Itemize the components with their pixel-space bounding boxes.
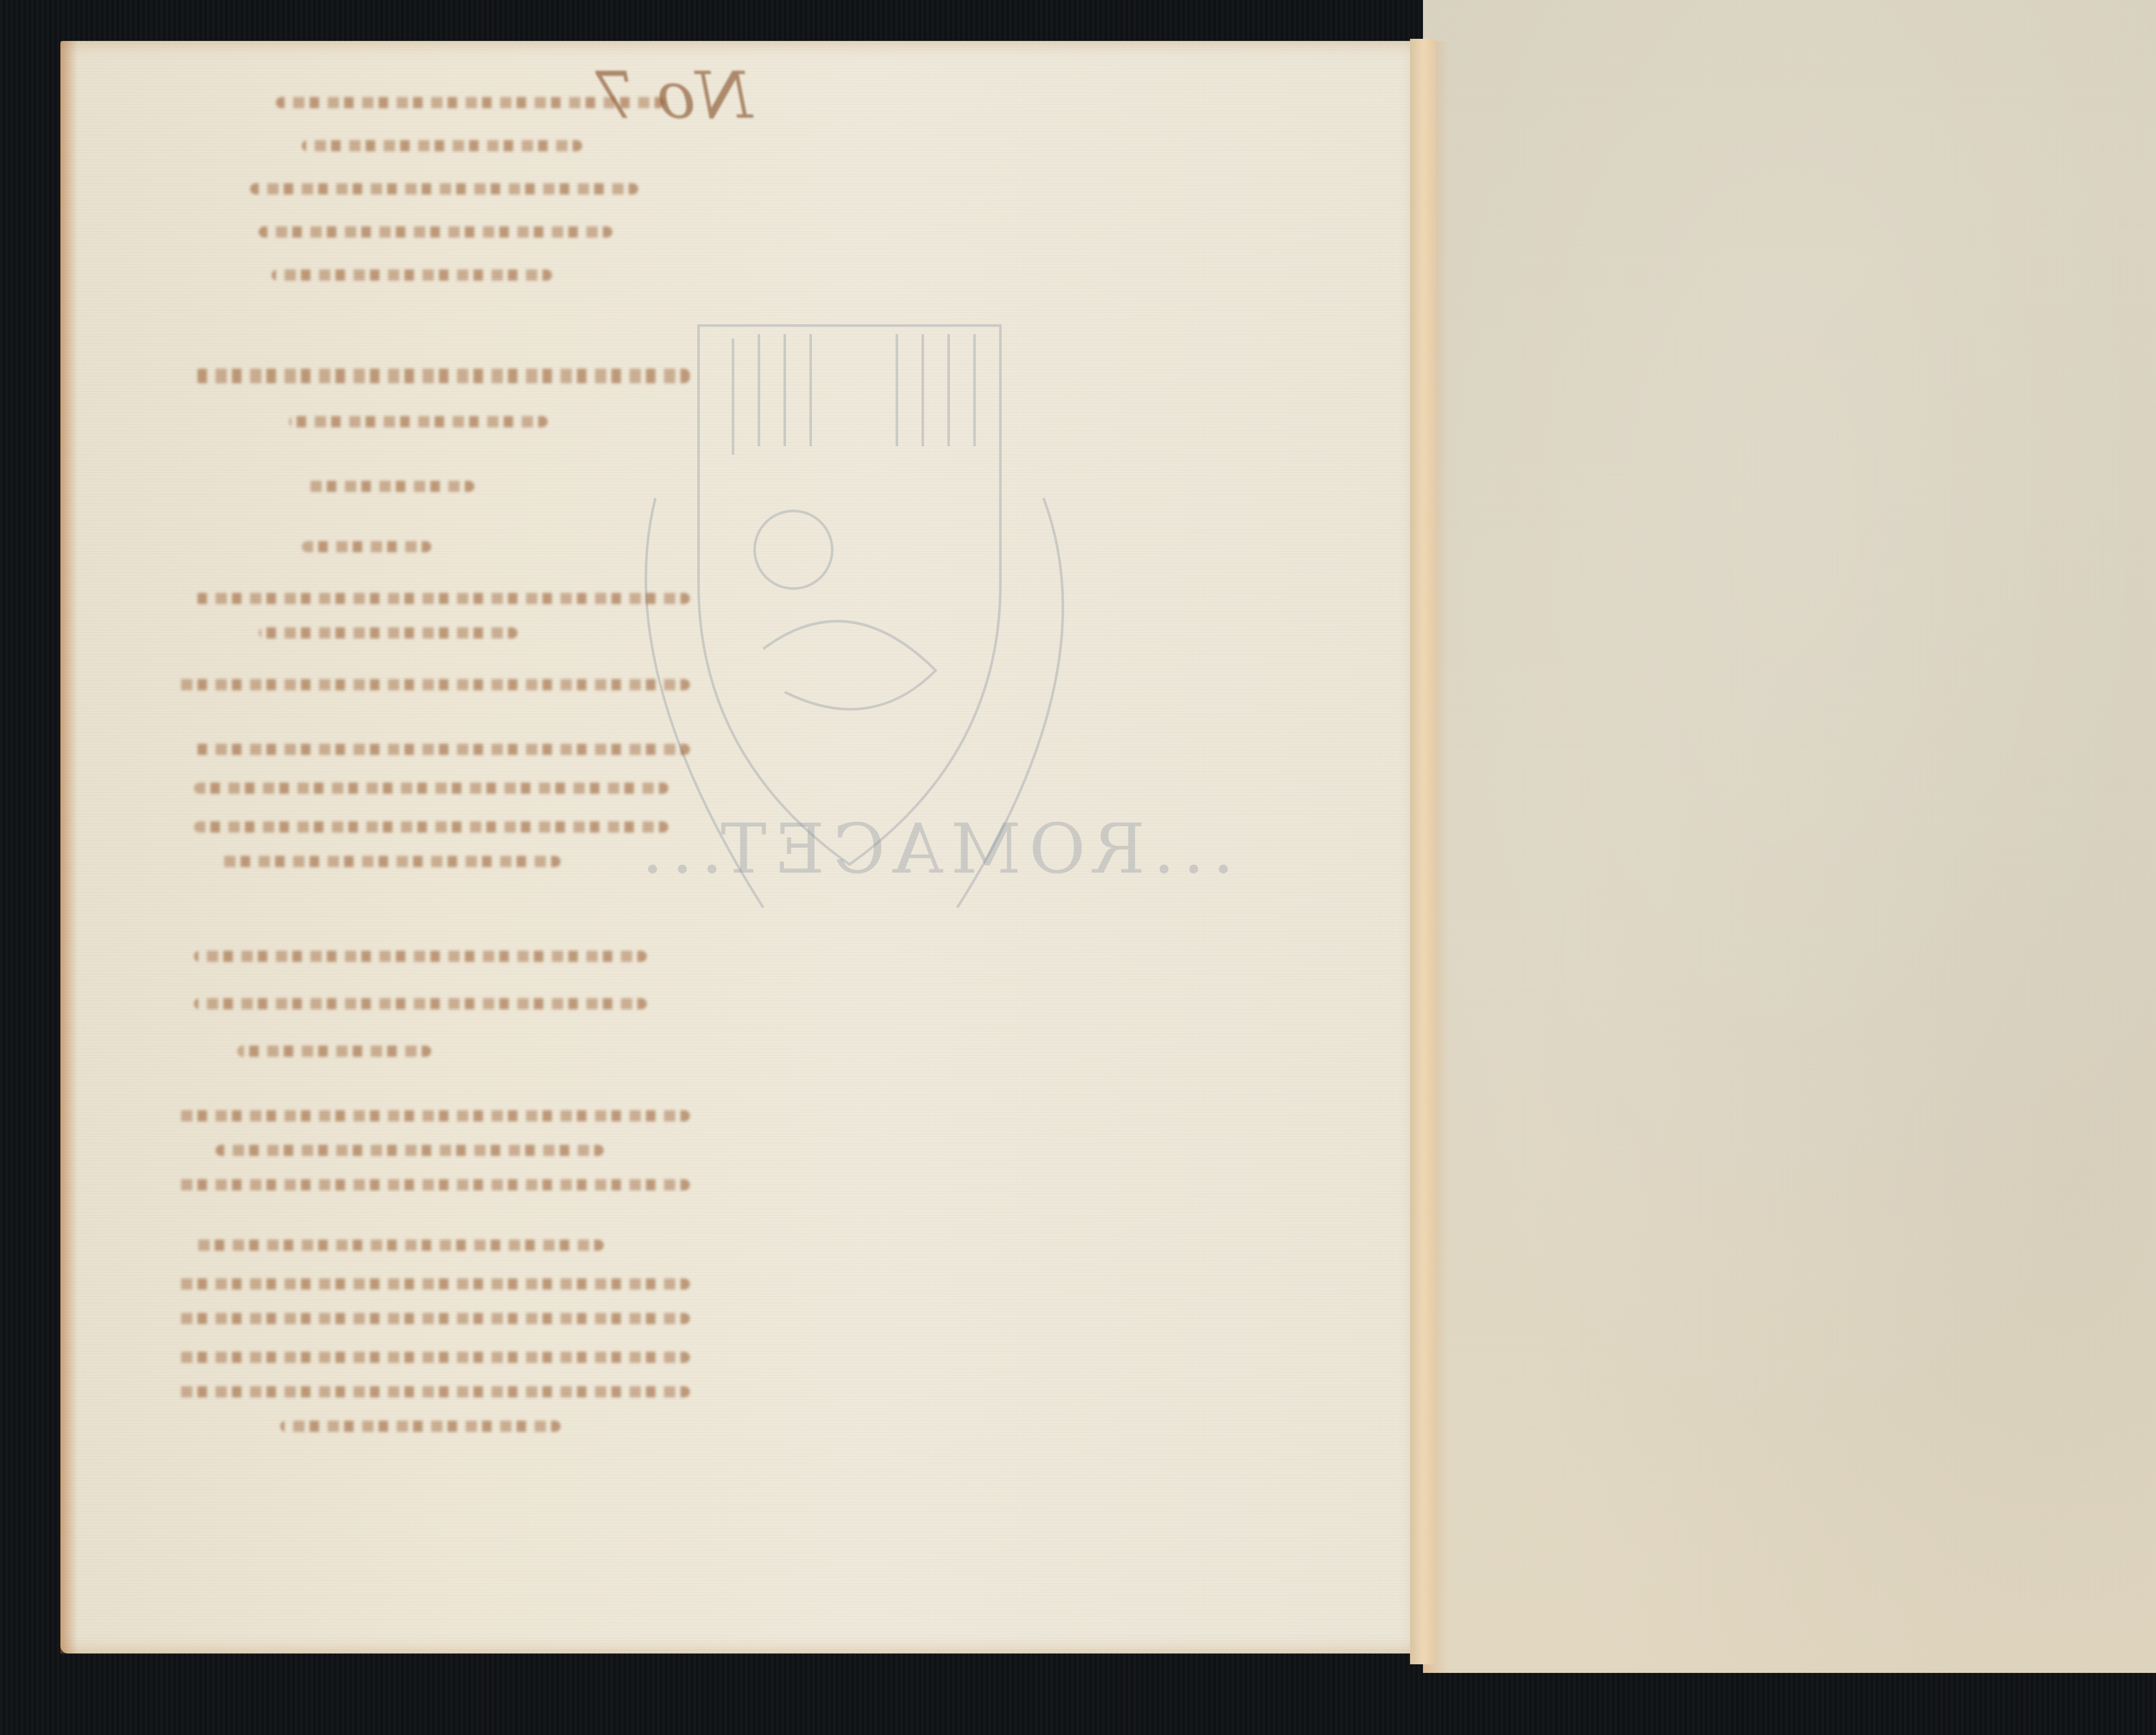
- watermark-lettering: ...ROMACET...: [634, 808, 1235, 889]
- right-page-blank: [1423, 0, 2156, 1673]
- left-page-verso: ...ROMACET... No 7: [60, 41, 1419, 1654]
- offset-handwriting: [86, 67, 690, 1360]
- gutter: [1410, 39, 1436, 1664]
- page-edge-stain: [60, 41, 78, 1654]
